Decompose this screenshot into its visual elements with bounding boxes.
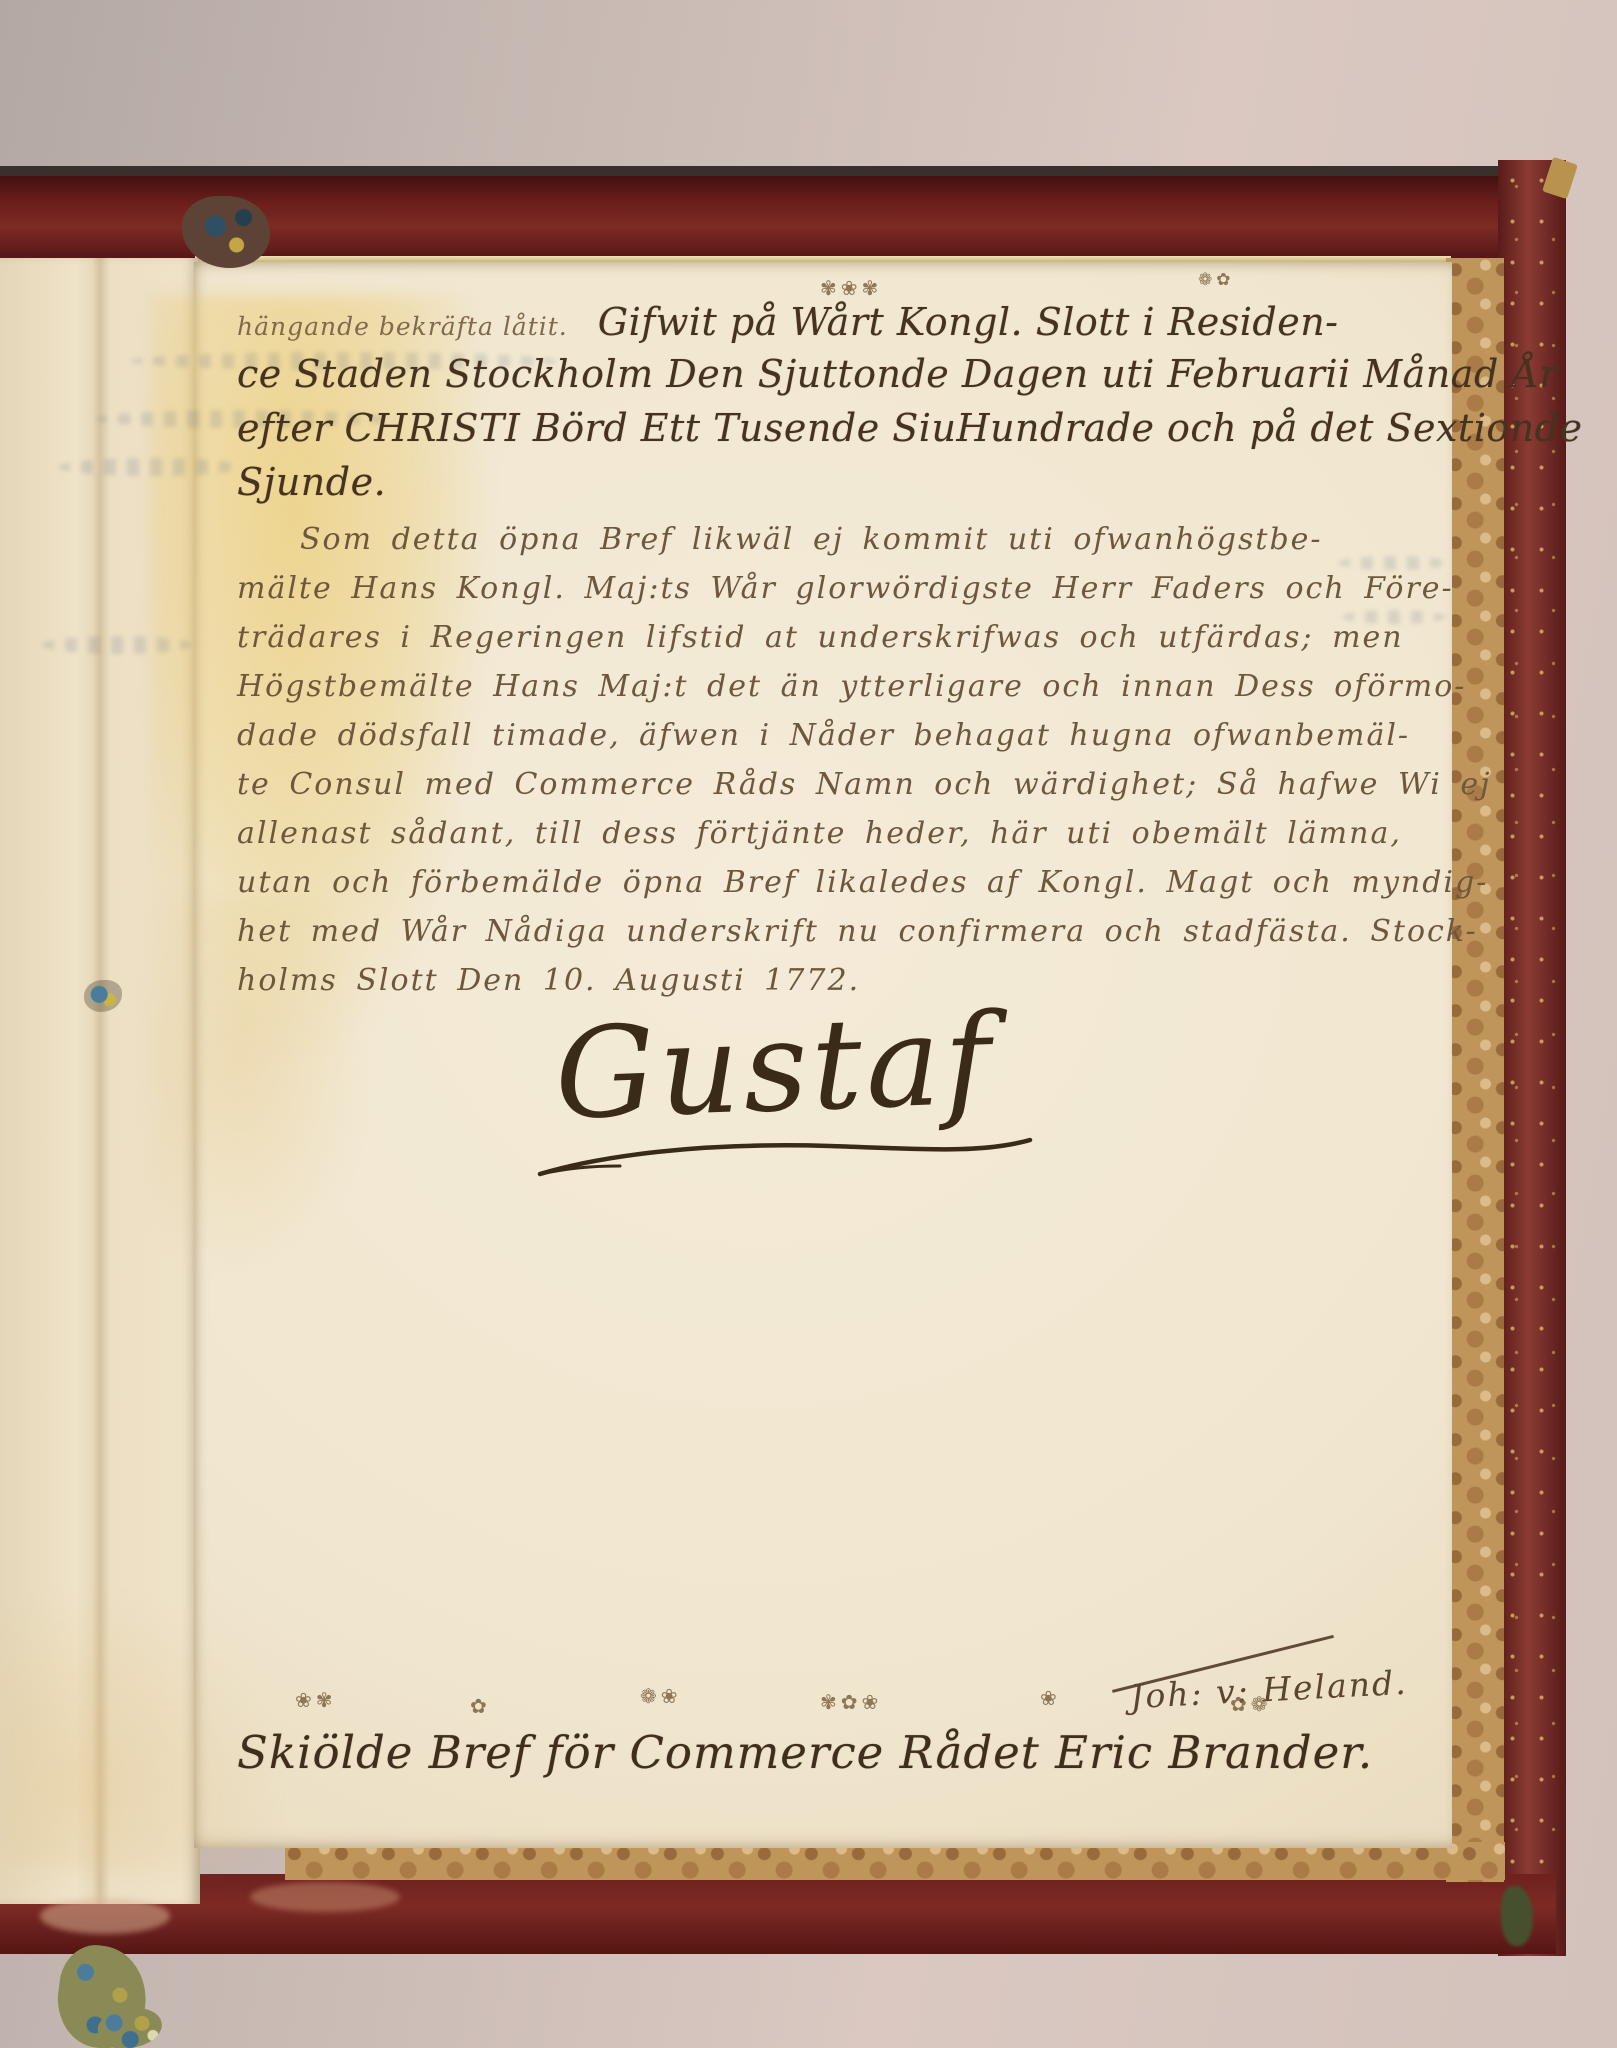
marbled-page-edges-right bbox=[1446, 258, 1504, 1882]
scanned-book-opening: ✾❀✾ ❁✿ hängande bekräfta låtit. Gifwit p… bbox=[0, 0, 1617, 2048]
facing-page-gutter bbox=[0, 258, 200, 1904]
leather-wear-patch bbox=[40, 1898, 170, 1934]
floral-ornament: ❁✿ bbox=[1198, 270, 1235, 290]
body-line: dade dödsfall timade, äfwen i Nåder beha… bbox=[237, 718, 1410, 753]
floral-ornament: ✿ bbox=[470, 1694, 491, 1718]
document-caption: Skiölde Bref för Commerce Rådet Eric Bra… bbox=[237, 1726, 1373, 1779]
ink-showthrough bbox=[1338, 556, 1450, 570]
body-line: utan och förbemälde öpna Bref likaledes … bbox=[237, 865, 1488, 900]
body-line: te Consul med Commerce Råds Namn och wär… bbox=[237, 767, 1491, 802]
body-line: Högstbemälte Hans Maj:t det än ytterliga… bbox=[237, 669, 1466, 704]
ink-showthrough bbox=[58, 458, 243, 476]
dating-clause-line: ce Staden Stockholm Den Sjuttonde Dagen … bbox=[237, 352, 1558, 396]
ink-showthrough bbox=[42, 636, 192, 654]
floral-ornament: ❀ bbox=[1040, 1686, 1061, 1710]
body-line: mälte Hans Kongl. Maj:ts Wår glorwördigs… bbox=[237, 571, 1454, 606]
floral-ornament: ✿❁ bbox=[1230, 1692, 1272, 1716]
leather-cover-bottom-edge bbox=[0, 1874, 1556, 1954]
dateline: holms Slott Den 10. Augusti 1772. bbox=[237, 963, 860, 998]
leather-wear-patch bbox=[250, 1882, 400, 1912]
dating-clause-line: Sjunde. bbox=[237, 460, 386, 504]
floral-ornament: ✾✿❀ bbox=[820, 1690, 882, 1714]
opening-phrase: hängande bekräfta låtit. bbox=[237, 312, 568, 341]
floral-ornament: ✾❀✾ bbox=[820, 276, 882, 300]
body-line: Som detta öpna Bref likwäl ej kommit uti… bbox=[300, 522, 1323, 557]
manuscript-line: hängande bekräfta låtit. Gifwit på Wårt … bbox=[237, 300, 1339, 344]
body-line: allenast sådant, till dess förtjänte hed… bbox=[237, 816, 1402, 851]
dating-clause-line: efter CHRISTI Börd Ett Tusende SiuHundra… bbox=[237, 406, 1583, 450]
body-line: trädares i Regeringen lifstid at undersk… bbox=[237, 620, 1404, 655]
body-line: het med Wår Nådiga underskrift nu confir… bbox=[237, 914, 1478, 949]
floral-ornament: ❀✾ bbox=[295, 1688, 337, 1712]
signature-flourish bbox=[530, 1122, 1040, 1192]
dating-clause-line: Gifwit på Wårt Kongl. Slott i Residen- bbox=[598, 300, 1339, 344]
floral-ornament: ❁❀ bbox=[640, 1684, 682, 1708]
